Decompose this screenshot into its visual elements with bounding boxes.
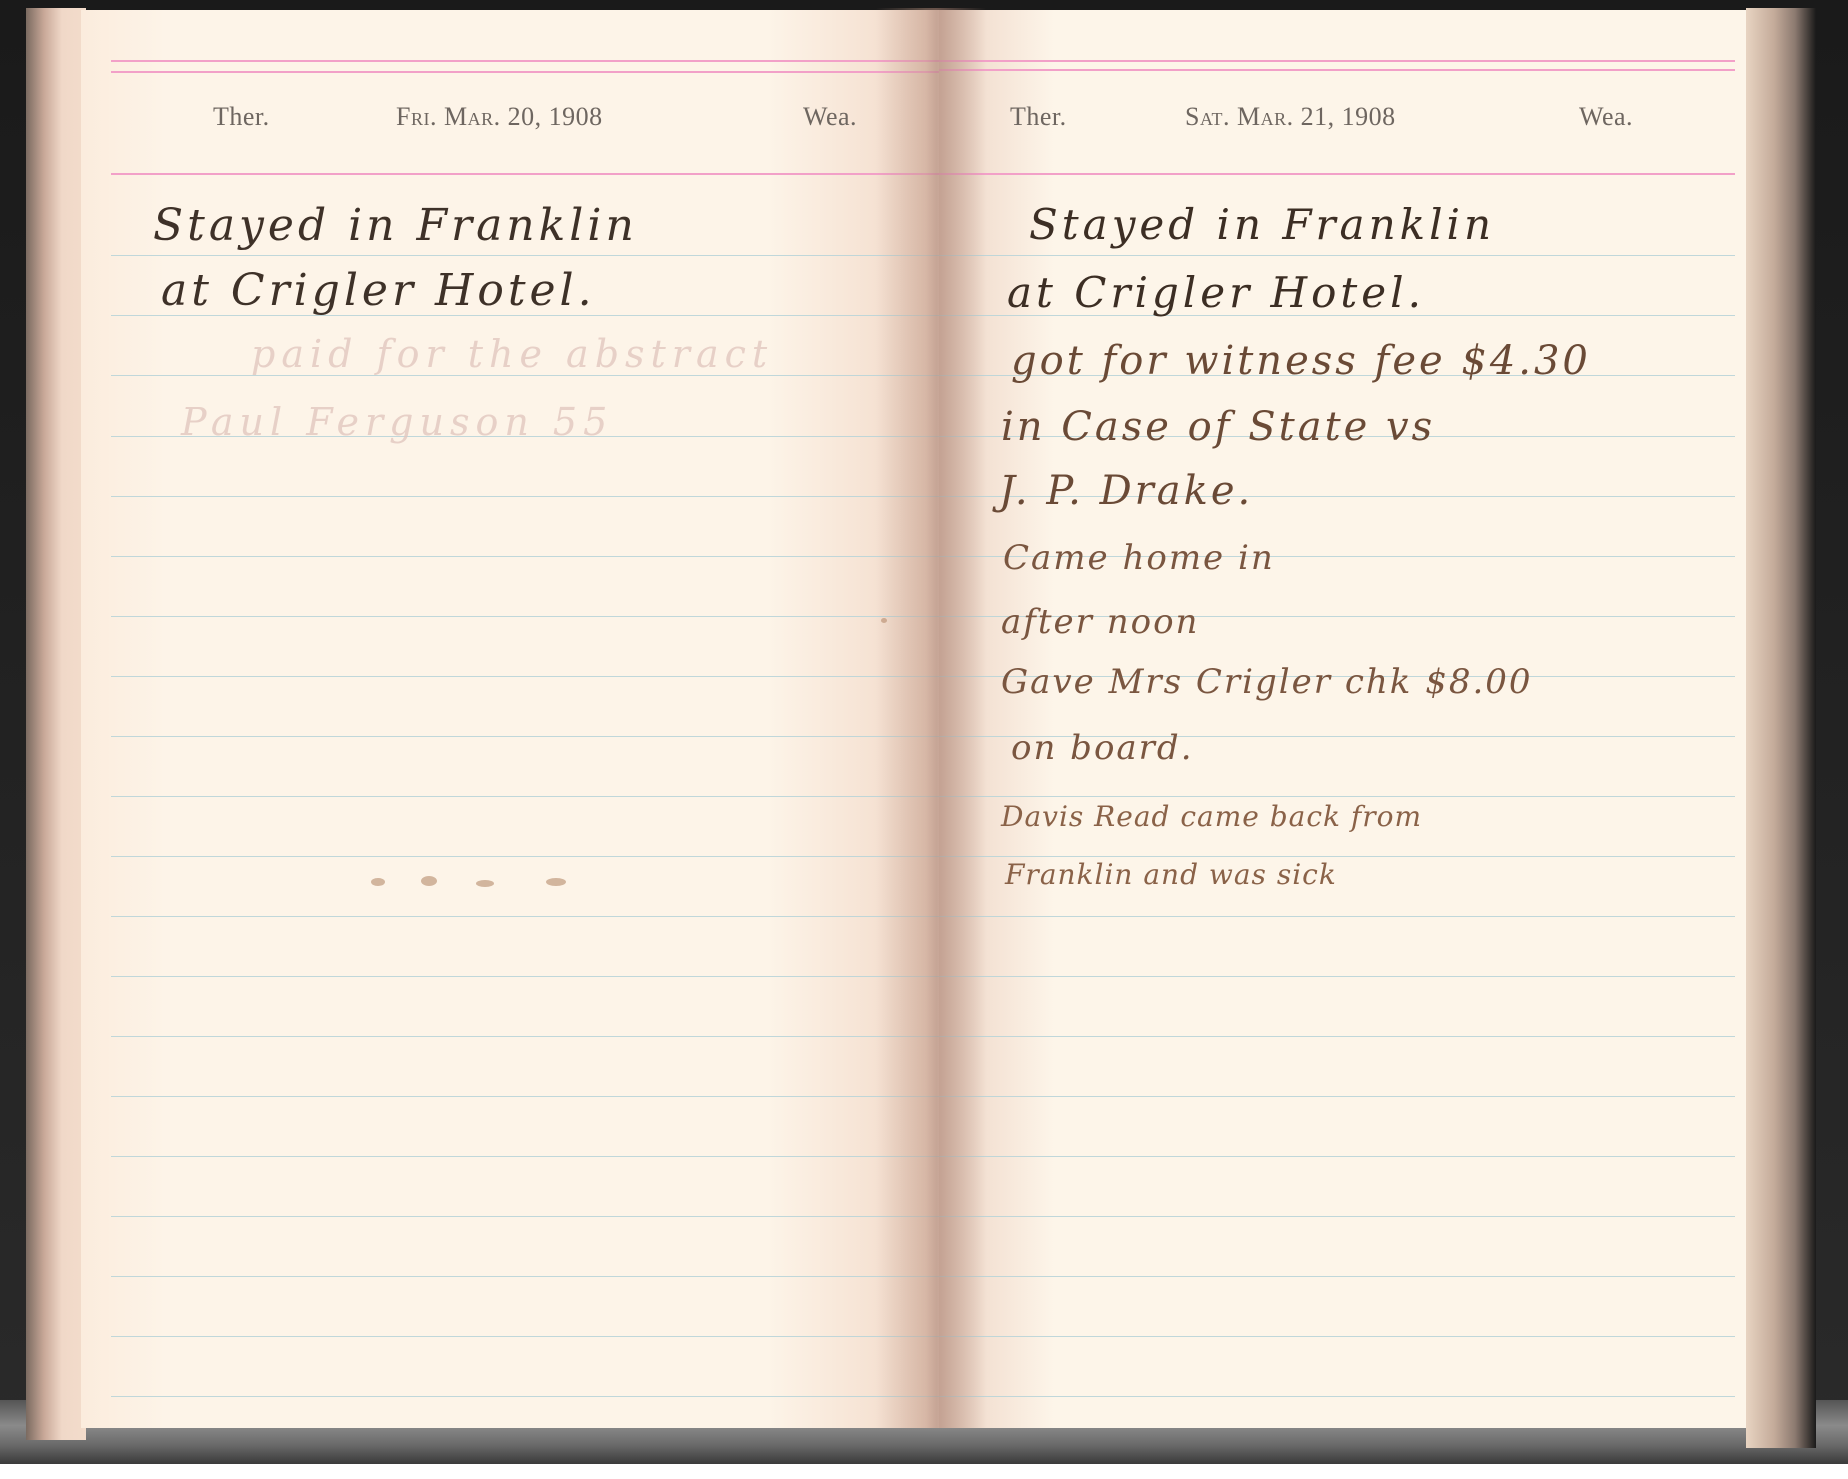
left-page-header: Ther. Fri. Mar. 20, 1908 Wea. bbox=[81, 102, 939, 142]
header-rule-top-2 bbox=[939, 69, 1735, 71]
header-rule-bottom bbox=[111, 173, 939, 175]
ruled-line bbox=[111, 976, 939, 977]
handwritten-line: in Case of State vs bbox=[1001, 404, 1435, 450]
wea-label: Wea. bbox=[803, 102, 857, 132]
handwritten-line: Franklin and was sick bbox=[1005, 858, 1337, 891]
handwritten-line: on board. bbox=[1011, 728, 1194, 768]
ruled-line bbox=[939, 916, 1735, 917]
wea-label: Wea. bbox=[1579, 102, 1633, 132]
handwritten-line: Davis Read came back from bbox=[1001, 800, 1422, 833]
header-rule-top bbox=[939, 60, 1735, 62]
ruled-line bbox=[111, 1216, 939, 1217]
ruled-line bbox=[939, 255, 1735, 256]
ruled-line bbox=[111, 676, 939, 677]
ruled-line bbox=[939, 976, 1735, 977]
ruled-line bbox=[939, 1156, 1735, 1157]
ink-stain bbox=[546, 878, 566, 886]
ruled-line bbox=[111, 1156, 939, 1157]
right-page-edges bbox=[1746, 8, 1816, 1448]
ink-stain bbox=[476, 880, 494, 887]
ruled-line bbox=[939, 796, 1735, 797]
ruled-line bbox=[939, 1396, 1735, 1397]
handwritten-line: after noon bbox=[1001, 602, 1199, 642]
handwritten-line: at Crigler Hotel. bbox=[161, 265, 596, 316]
ruled-line bbox=[111, 916, 939, 917]
ruled-line bbox=[111, 255, 939, 256]
scan-background: Ther. Fri. Mar. 20, 1908 Wea. bbox=[0, 0, 1848, 1479]
ther-label: Ther. bbox=[213, 102, 270, 132]
handwritten-line: at Crigler Hotel. bbox=[1007, 268, 1425, 317]
page-date: Sat. Mar. 21, 1908 bbox=[1185, 102, 1396, 132]
handwritten-line: J. P. Drake. bbox=[999, 468, 1253, 514]
bleed-through-text: Paul Ferguson 55 bbox=[181, 400, 613, 444]
page-date: Fri. Mar. 20, 1908 bbox=[396, 102, 603, 132]
ink-stain bbox=[371, 878, 385, 886]
ink-stain bbox=[421, 876, 437, 886]
right-page-header: Ther. Sat. Mar. 21, 1908 Wea. bbox=[939, 102, 1759, 142]
handwritten-line: Stayed in Franklin bbox=[153, 200, 638, 251]
ruled-line bbox=[939, 1036, 1735, 1037]
right-page: Ther. Sat. Mar. 21, 1908 Wea. bbox=[939, 10, 1759, 1428]
book-gutter bbox=[876, 8, 986, 1428]
header-rule-top bbox=[111, 60, 939, 62]
header-rule-top-2 bbox=[111, 71, 939, 73]
ruled-line bbox=[939, 1096, 1735, 1097]
handwritten-line: Gave Mrs Crigler chk $8.00 bbox=[1001, 662, 1533, 702]
header-rule-bottom bbox=[939, 173, 1735, 175]
ruled-line bbox=[111, 856, 939, 857]
ruled-line bbox=[111, 796, 939, 797]
ruled-line bbox=[939, 1276, 1735, 1277]
ruled-line bbox=[939, 1336, 1735, 1337]
left-page: Ther. Fri. Mar. 20, 1908 Wea. bbox=[81, 10, 939, 1428]
left-page-edges bbox=[26, 8, 86, 1440]
ruled-line bbox=[939, 856, 1735, 857]
ruled-line bbox=[111, 1096, 939, 1097]
ruled-line bbox=[111, 1276, 939, 1277]
ruled-line bbox=[111, 1396, 939, 1397]
ruled-line bbox=[111, 556, 939, 557]
bleed-through-text: paid for the abstract bbox=[251, 332, 773, 376]
handwritten-line: Came home in bbox=[1003, 538, 1275, 578]
ther-label: Ther. bbox=[1010, 102, 1067, 132]
ruled-line bbox=[111, 496, 939, 497]
ruled-line bbox=[939, 1216, 1735, 1217]
handwritten-line: Stayed in Franklin bbox=[1029, 200, 1495, 249]
ruled-line bbox=[111, 1036, 939, 1037]
ruled-line bbox=[111, 1336, 939, 1337]
open-diary: Ther. Fri. Mar. 20, 1908 Wea. bbox=[26, 8, 1816, 1440]
ruled-line bbox=[111, 736, 939, 737]
ruled-line bbox=[111, 616, 939, 617]
handwritten-line: got for witness fee $4.30 bbox=[1011, 338, 1591, 384]
